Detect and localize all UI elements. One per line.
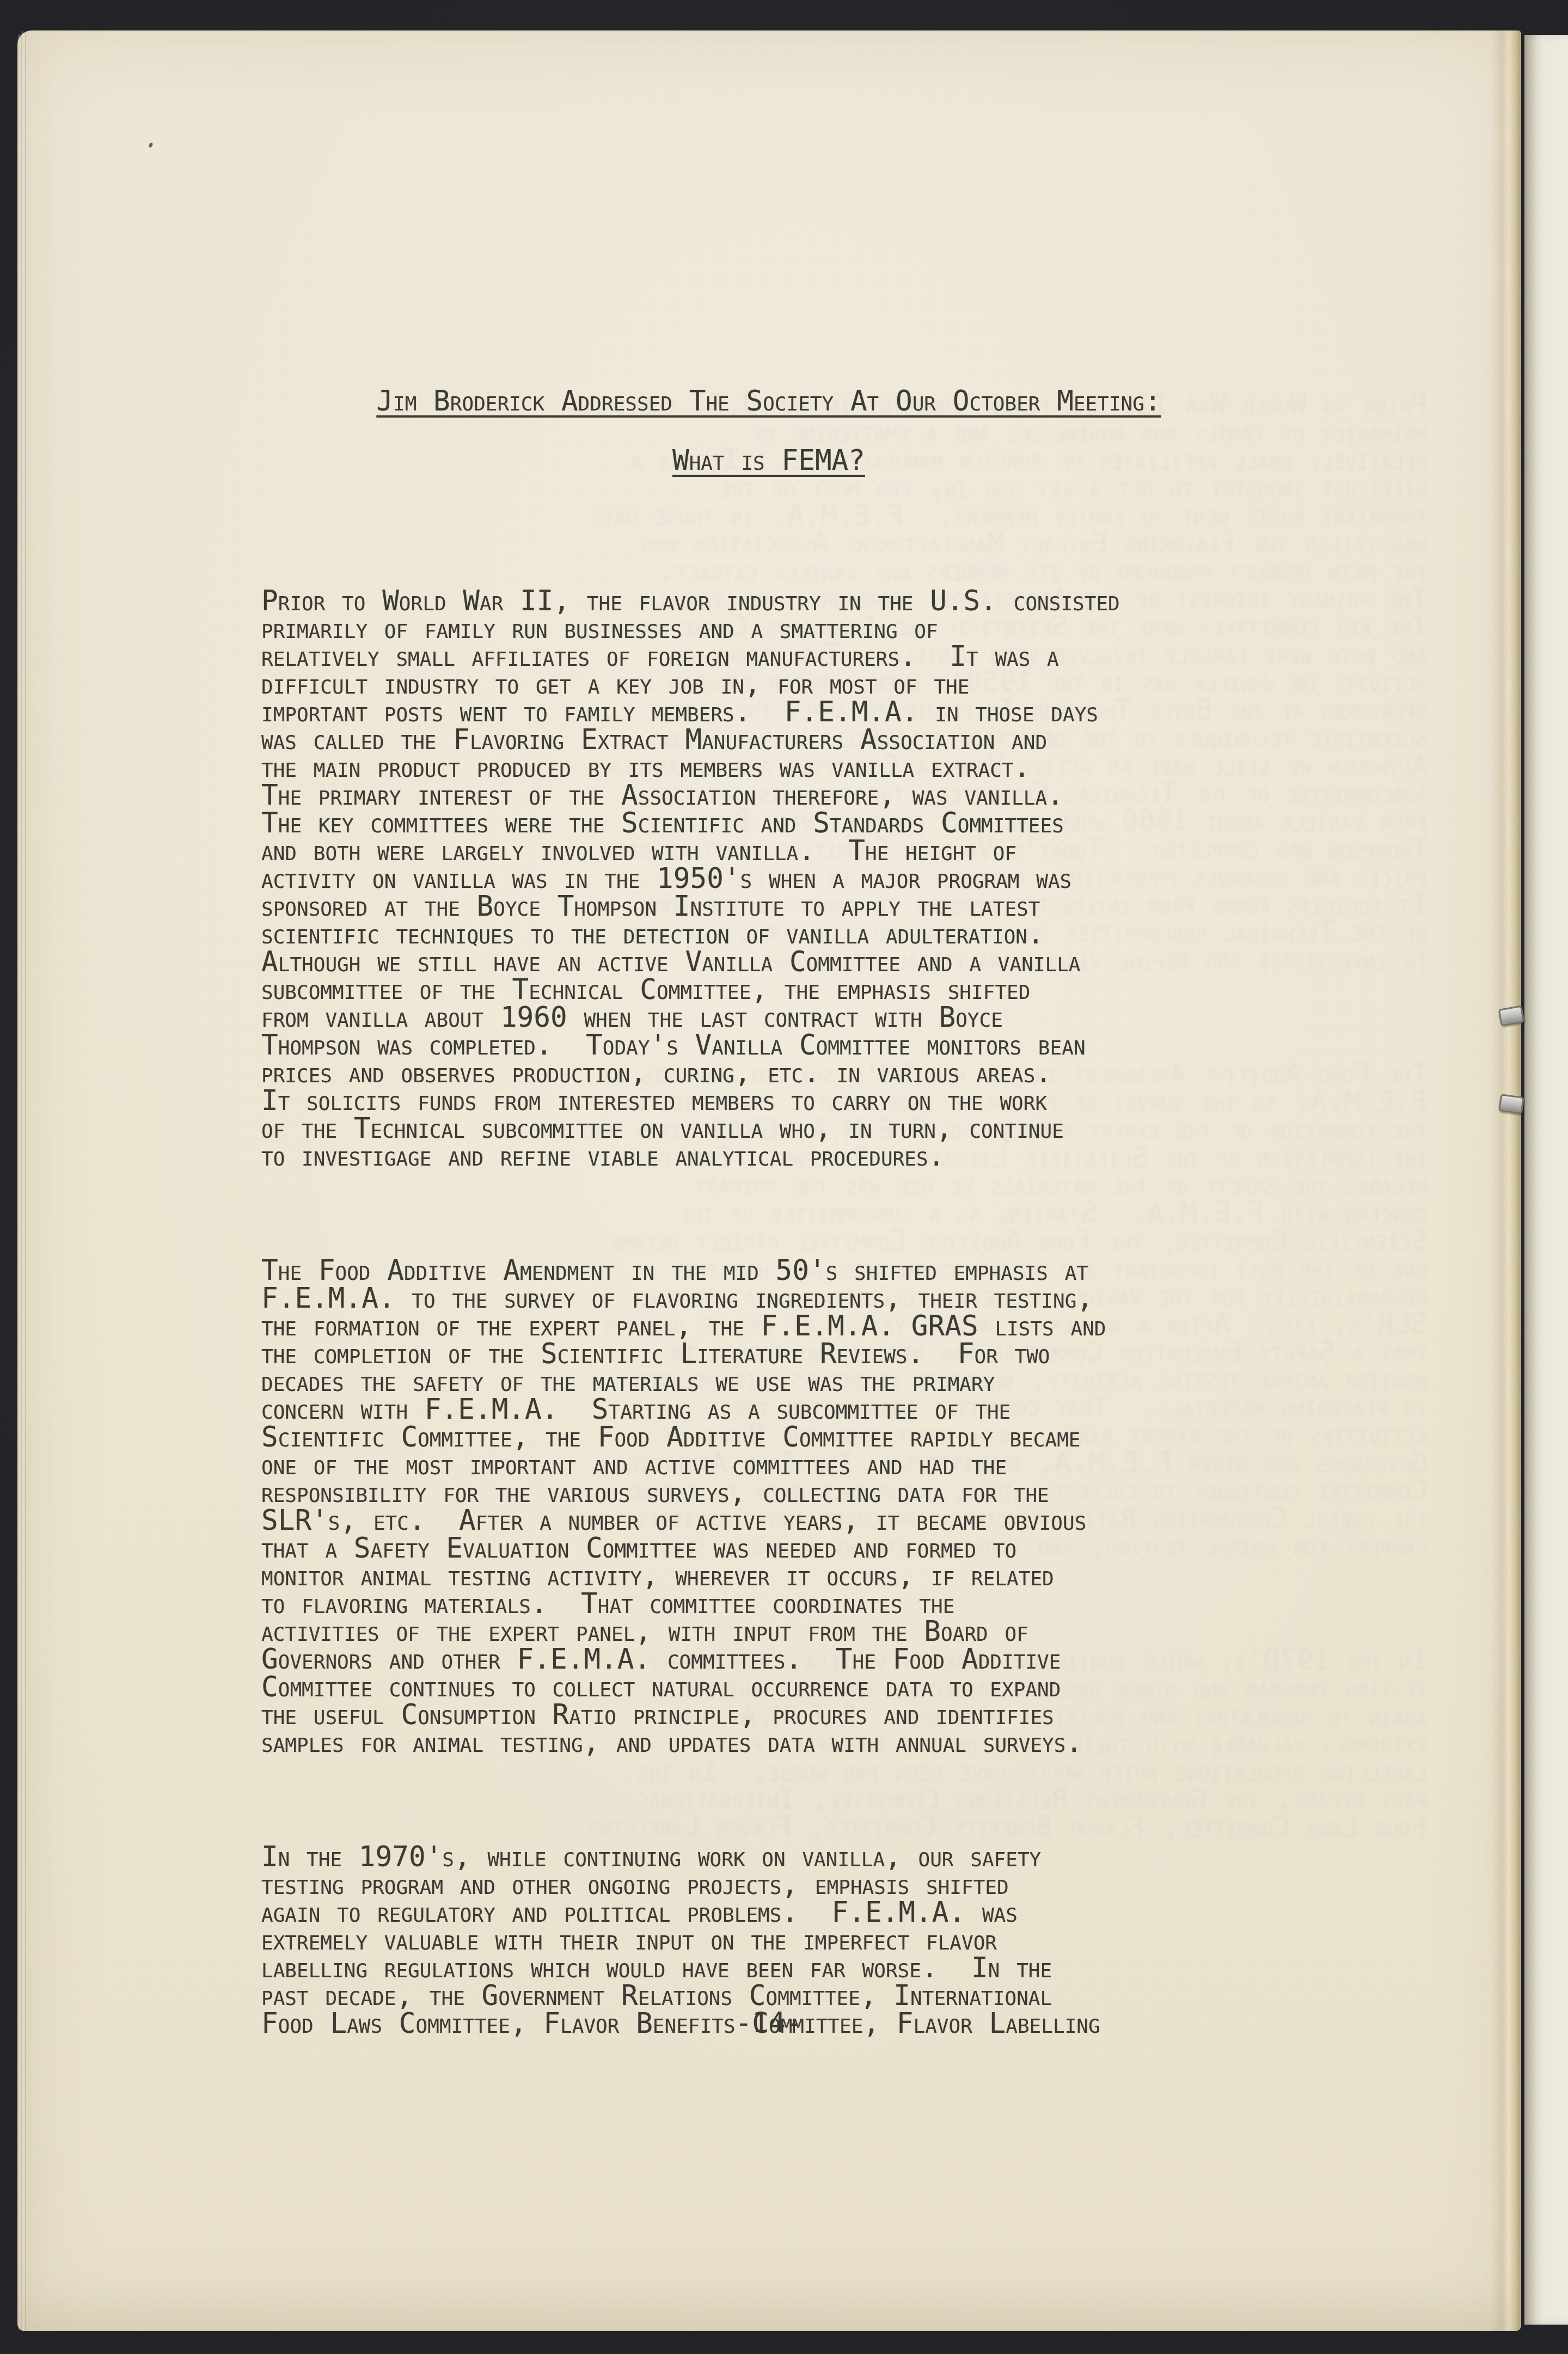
page-subtitle-text: What is FEMA?: [672, 445, 865, 477]
text-line: The Food Additive Amendment in the mid 5…: [261, 1257, 1356, 1285]
text-line: relatively small affiliates of foreign m…: [261, 643, 1356, 671]
text-line: to investigage and refine viable analyti…: [261, 1143, 1356, 1170]
text-line: It solicits funds from interested member…: [261, 1087, 1356, 1115]
text-line: In the 1970's, while continuing work on …: [261, 1843, 1356, 1871]
paragraph: In the 1970's, while continuing work on …: [261, 1843, 1356, 2038]
text-line: SLR's, etc. After a number of active yea…: [261, 1507, 1356, 1535]
text-line: primarily of family run businesses and a…: [94, 419, 1428, 446]
text-line: the completion of the Scientific Literat…: [261, 1340, 1356, 1368]
text-line: activity on vanilla was in the 1950's wh…: [261, 865, 1356, 893]
scan-background: Prior to World War II, the flavor indust…: [0, 0, 1568, 2354]
paragraph: Prior to World War II, the flavor indust…: [261, 587, 1356, 1170]
adjacent-page-edge: [1524, 35, 1568, 2325]
page-title-text: Jim Broderick Addressed The Society At O…: [376, 385, 1161, 418]
text-line: important posts went to family members. …: [94, 502, 1428, 530]
text-line: monitor animal testing activity, whereve…: [261, 1562, 1356, 1590]
text-line: Although we still have an active Vanilla…: [261, 948, 1356, 976]
text-line: samples for animal testing, and updates …: [261, 1729, 1356, 1757]
text-line: Committee continues to collect natural o…: [261, 1673, 1356, 1701]
text-line: testing program and other ongoing projec…: [261, 1871, 1356, 1899]
text-line: The primary interest of the Association …: [261, 782, 1356, 810]
text-line: activities of the expert panel, with inp…: [261, 1618, 1356, 1646]
text-line: subcommittee of the Technical Committee,…: [261, 976, 1356, 1004]
text-line: that a Safety Evaluation Committee was n…: [261, 1535, 1356, 1562]
text-line: was called the Flavoring Extract Manufac…: [261, 726, 1356, 754]
document-page: Prior to World War II, the flavor indust…: [17, 30, 1520, 2331]
text-line: to flavoring materials. That committee c…: [261, 1590, 1356, 1618]
text-line: The key committees were the Scientific a…: [261, 810, 1356, 837]
text-line: important posts went to family members. …: [261, 698, 1356, 726]
page-number: -14-: [17, 2009, 1520, 2037]
text-line: the formation of the expert panel, the F…: [261, 1313, 1356, 1340]
text-line: sponsored at the Boyce Thompson Institut…: [261, 893, 1356, 921]
text-line: the main product produced by its members…: [261, 754, 1356, 782]
text-line: primarily of family run businesses and a…: [261, 615, 1356, 643]
text-line: extremely valuable with their input on t…: [261, 1927, 1356, 1954]
text-line: responsibility for the various surveys, …: [261, 1479, 1356, 1507]
text-line: Thompson was completed. Today's Vanilla …: [261, 1032, 1356, 1059]
text-line: again to regulatory and political proble…: [261, 1899, 1356, 1927]
text-line: prices and observes production, curing, …: [261, 1059, 1356, 1087]
text-line: concern with F.E.M.A. Starting as a subc…: [261, 1396, 1356, 1424]
text-line: Scientific Committee, the Food Additive …: [261, 1424, 1356, 1451]
paragraph: The Food Additive Amendment in the mid 5…: [261, 1257, 1356, 1757]
text-line: one of the most important and active com…: [261, 1451, 1356, 1479]
text-line: from vanilla about 1960 when the last co…: [261, 1004, 1356, 1032]
text-line: scientific techniques to the detection o…: [261, 921, 1356, 948]
text-line: of the Technical subcommittee on vanilla…: [261, 1115, 1356, 1143]
paper-speck: [148, 142, 153, 148]
text-line: past decade, the Government Relations Co…: [261, 1982, 1356, 2010]
text-line: and both were largely involved with vani…: [261, 837, 1356, 865]
text-line: difficult industry to get a key job in, …: [94, 474, 1428, 502]
text-line: decades the safety of the materials we u…: [261, 1368, 1356, 1396]
text-line: difficult industry to get a key job in, …: [261, 671, 1356, 698]
text-line: the useful Consumption Ratio principle, …: [261, 1701, 1356, 1729]
text-line: labelling regulations which would have b…: [261, 1954, 1356, 1982]
page-subtitle: What is FEMA?: [17, 447, 1520, 475]
text-line: F.E.M.A. to the survey of flavoring ingr…: [261, 1285, 1356, 1313]
document-body: Prior to World War II, the flavor indust…: [261, 532, 1356, 2124]
binding-fold: [1491, 30, 1521, 2331]
staple-icon: [1498, 1094, 1524, 1114]
text-line: Governors and other F.E.M.A. committees.…: [261, 1646, 1356, 1673]
page-title: Jim Broderick Addressed The Society At O…: [17, 388, 1520, 415]
text-line: Prior to World War II, the flavor indust…: [261, 587, 1356, 615]
